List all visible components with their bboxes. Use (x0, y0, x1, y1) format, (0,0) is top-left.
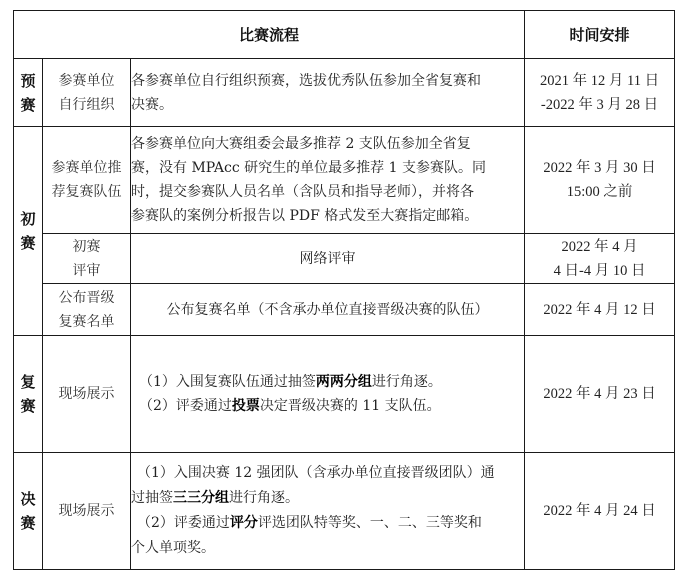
header-process: 比赛流程 (14, 11, 525, 59)
step-time: 2022 年 4 月 12 日 (525, 284, 675, 336)
table-row-first-round-review: 初赛 评审 网络评审 2022 年 4 月 4 日-4 月 10 日 (14, 234, 675, 284)
stage-label-preliminary: 预 赛 (14, 59, 43, 127)
emphasis-text: 投票 (232, 398, 260, 414)
step-time: 2021 年 12 月 11 日 -2022 年 3 月 28 日 (525, 59, 675, 127)
step-description: 公布复赛名单（不含承办单位直接晋级决赛的队伍） (131, 284, 525, 336)
table-row-first-round-announce: 公布晋级 复赛名单 公布复赛名单（不含承办单位直接晋级决赛的队伍） 2022 年… (14, 284, 675, 336)
header-schedule: 时间安排 (525, 11, 675, 59)
emphasis-text: 评分 (230, 515, 258, 531)
stage-label-final: 决 赛 (14, 453, 43, 570)
emphasis-text: 两两分组 (316, 374, 372, 390)
stage-label-first-round: 初 赛 (14, 127, 43, 336)
table-row-preliminary: 预 赛 参赛单位 自行组织 各参赛单位自行组织预赛，选拔优秀队伍参加全省复赛和 … (14, 59, 675, 127)
step-time: 2022 年 4 月 23 日 (525, 336, 675, 453)
table-row-final: 决 赛 现场展示 （1）入围决赛 12 强团队（含承办单位直接晋级团队）通 过抽… (14, 453, 675, 570)
step-description: （1）入围复赛队伍通过抽签两两分组进行角逐。 （2）评委通过投票决定晋级决赛的 … (131, 336, 525, 453)
table-row-semifinal: 复 赛 现场展示 （1）入围复赛队伍通过抽签两两分组进行角逐。 （2）评委通过投… (14, 336, 675, 453)
step-time: 2022 年 3 月 30 日 15:00 之前 (525, 127, 675, 234)
sub-step: 现场展示 (43, 336, 131, 453)
header-row: 比赛流程 时间安排 (14, 11, 675, 59)
sub-step: 初赛 评审 (43, 234, 131, 284)
step-description: 各参赛单位向大赛组委会最多推荐 2 支队伍参加全省复 赛，没有 MPAcc 研究… (131, 127, 525, 234)
emphasis-text: 三三分组 (173, 490, 229, 506)
sub-step: 参赛单位推 荐复赛队伍 (43, 127, 131, 234)
step-description: 网络评审 (131, 234, 525, 284)
sub-step: 现场展示 (43, 453, 131, 570)
step-time: 2022 年 4 月 24 日 (525, 453, 675, 570)
sub-step: 公布晋级 复赛名单 (43, 284, 131, 336)
step-description: 各参赛单位自行组织预赛，选拔优秀队伍参加全省复赛和 决赛。 (131, 59, 525, 127)
step-time: 2022 年 4 月 4 日-4 月 10 日 (525, 234, 675, 284)
table-row-first-round-recommend: 初 赛 参赛单位推 荐复赛队伍 各参赛单位向大赛组委会最多推荐 2 支队伍参加全… (14, 127, 675, 234)
step-description: （1）入围决赛 12 强团队（含承办单位直接晋级团队）通 过抽签三三分组进行角逐… (131, 453, 525, 570)
sub-step: 参赛单位 自行组织 (43, 59, 131, 127)
stage-label-semifinal: 复 赛 (14, 336, 43, 453)
competition-schedule-table: 比赛流程 时间安排 预 赛 参赛单位 自行组织 各参赛单位自行组织预赛，选拔优秀… (13, 10, 675, 570)
